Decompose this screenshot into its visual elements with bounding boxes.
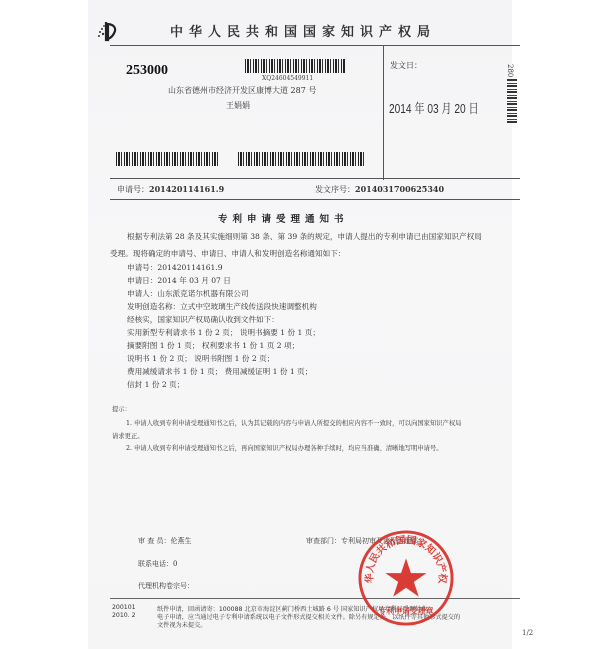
intro-line-2: 受理。现将确定的申请号、申请日、申请人和发明创造名称通知如下： xyxy=(110,247,345,260)
hint-2: 2. 申请人收到专利申请受理通知书之后，再向国家知识产权局办理各种手续时，均应当… xyxy=(126,443,443,452)
notice-line-applicant: 申请人：山东派克诺尔机器有限公司 xyxy=(127,287,320,300)
notice-line-app-date: 申请日：2014 年 03 月 07 日 xyxy=(127,274,320,287)
postcode: 253000 xyxy=(126,63,168,79)
notice-line-files-2: 摘要附图 1 份 1 页； 权利要求书 1 份 1 页 2 项； xyxy=(127,339,320,352)
ids-bottom-divider xyxy=(110,199,520,200)
send-box-border xyxy=(383,45,384,180)
notice-line-verified: 经核实，国家知识产权局确认收到文件如下： xyxy=(127,313,320,326)
notice-line-files-5: 信封 1 份 2 页； xyxy=(127,378,320,391)
notice-line-files-1: 实用新型专利请求书 1 份 2 页； 说明书摘要 1 份 1 页； xyxy=(127,326,320,339)
hints-label: 提示： xyxy=(112,404,131,413)
footer-line-3: 文件视为未提交。 xyxy=(157,620,207,629)
org-title: 中华人民共和国国家知识产权局 xyxy=(170,21,436,40)
cnipa-logo-icon xyxy=(96,18,120,42)
document-barcode xyxy=(238,152,366,166)
notice-line-invention-title: 发明创造名称：立式中空玻璃生产线传送段快速调整机构 xyxy=(127,300,320,313)
hint-1-line-1: 1. 申请人收到专利申请受理通知书之后，认为其记载的内容与申请人所提交的相应内容… xyxy=(126,418,461,427)
svg-text:专利申请受理章: 专利申请受理章 xyxy=(379,605,434,615)
mailing-address: 山东省德州市经济开发区康博大道 287 号 xyxy=(168,85,316,96)
send-date: 2014 年 03 月 20 日 xyxy=(389,98,479,117)
document-number: 发文序号：2014031700625340 xyxy=(315,184,444,195)
agency-file-number: 代理机构卷宗号： xyxy=(138,581,194,591)
application-number-label: 申请号： xyxy=(117,185,149,194)
barcode-text: XQ24604549911 xyxy=(262,75,313,82)
footer-divider xyxy=(110,598,520,599)
document-number-label: 发文序号： xyxy=(315,185,355,194)
form-version: 2010. 2 xyxy=(112,612,136,619)
notice-line-app-no: 申请号：201420114161.9 xyxy=(127,261,320,274)
header-divider xyxy=(110,45,395,46)
recipient-name: 王娟娟 xyxy=(226,100,250,111)
header-divider-right xyxy=(383,45,520,46)
contact-phone: 联系电话：0 xyxy=(138,559,177,569)
form-code: 200101 xyxy=(112,604,136,611)
send-date-label: 发文日： xyxy=(390,60,422,71)
hint-1-line-2: 请求更正。 xyxy=(112,431,143,440)
application-number: 申请号：201420114161.9 xyxy=(117,184,224,195)
application-barcode xyxy=(116,152,218,166)
side-number: 280 xyxy=(506,64,514,77)
application-number-value: 201420114161.9 xyxy=(149,184,224,194)
notice-lines: 申请号：201420114161.9 申请日：2014 年 03 月 07 日 … xyxy=(127,261,320,391)
notice-line-files-4: 费用减缓请求书 1 份 1 页； 费用减缓证明 1 份 1 页； xyxy=(127,365,320,378)
notice-line-files-3: 说明书 1 份 2 页； 说明书附图 1 份 2 页； xyxy=(127,352,320,365)
official-seal-icon: 中华人民共和国国家知识产权局 专利申请受理章 xyxy=(357,529,455,627)
notice-title: 专利申请受理通知书 xyxy=(218,211,349,225)
side-barcode xyxy=(507,78,517,123)
intro-line-1: 根据专利法第 28 条及其实施细则第 38 条、第 39 条的规定，申请人提出的… xyxy=(127,230,482,243)
document-number-value: 2014031700625340 xyxy=(355,184,444,194)
ids-top-divider xyxy=(110,178,520,179)
mail-barcode xyxy=(245,59,345,73)
page-number: 1/2 xyxy=(522,629,533,637)
examiner: 审 查 员：伦燕生 xyxy=(138,536,191,546)
